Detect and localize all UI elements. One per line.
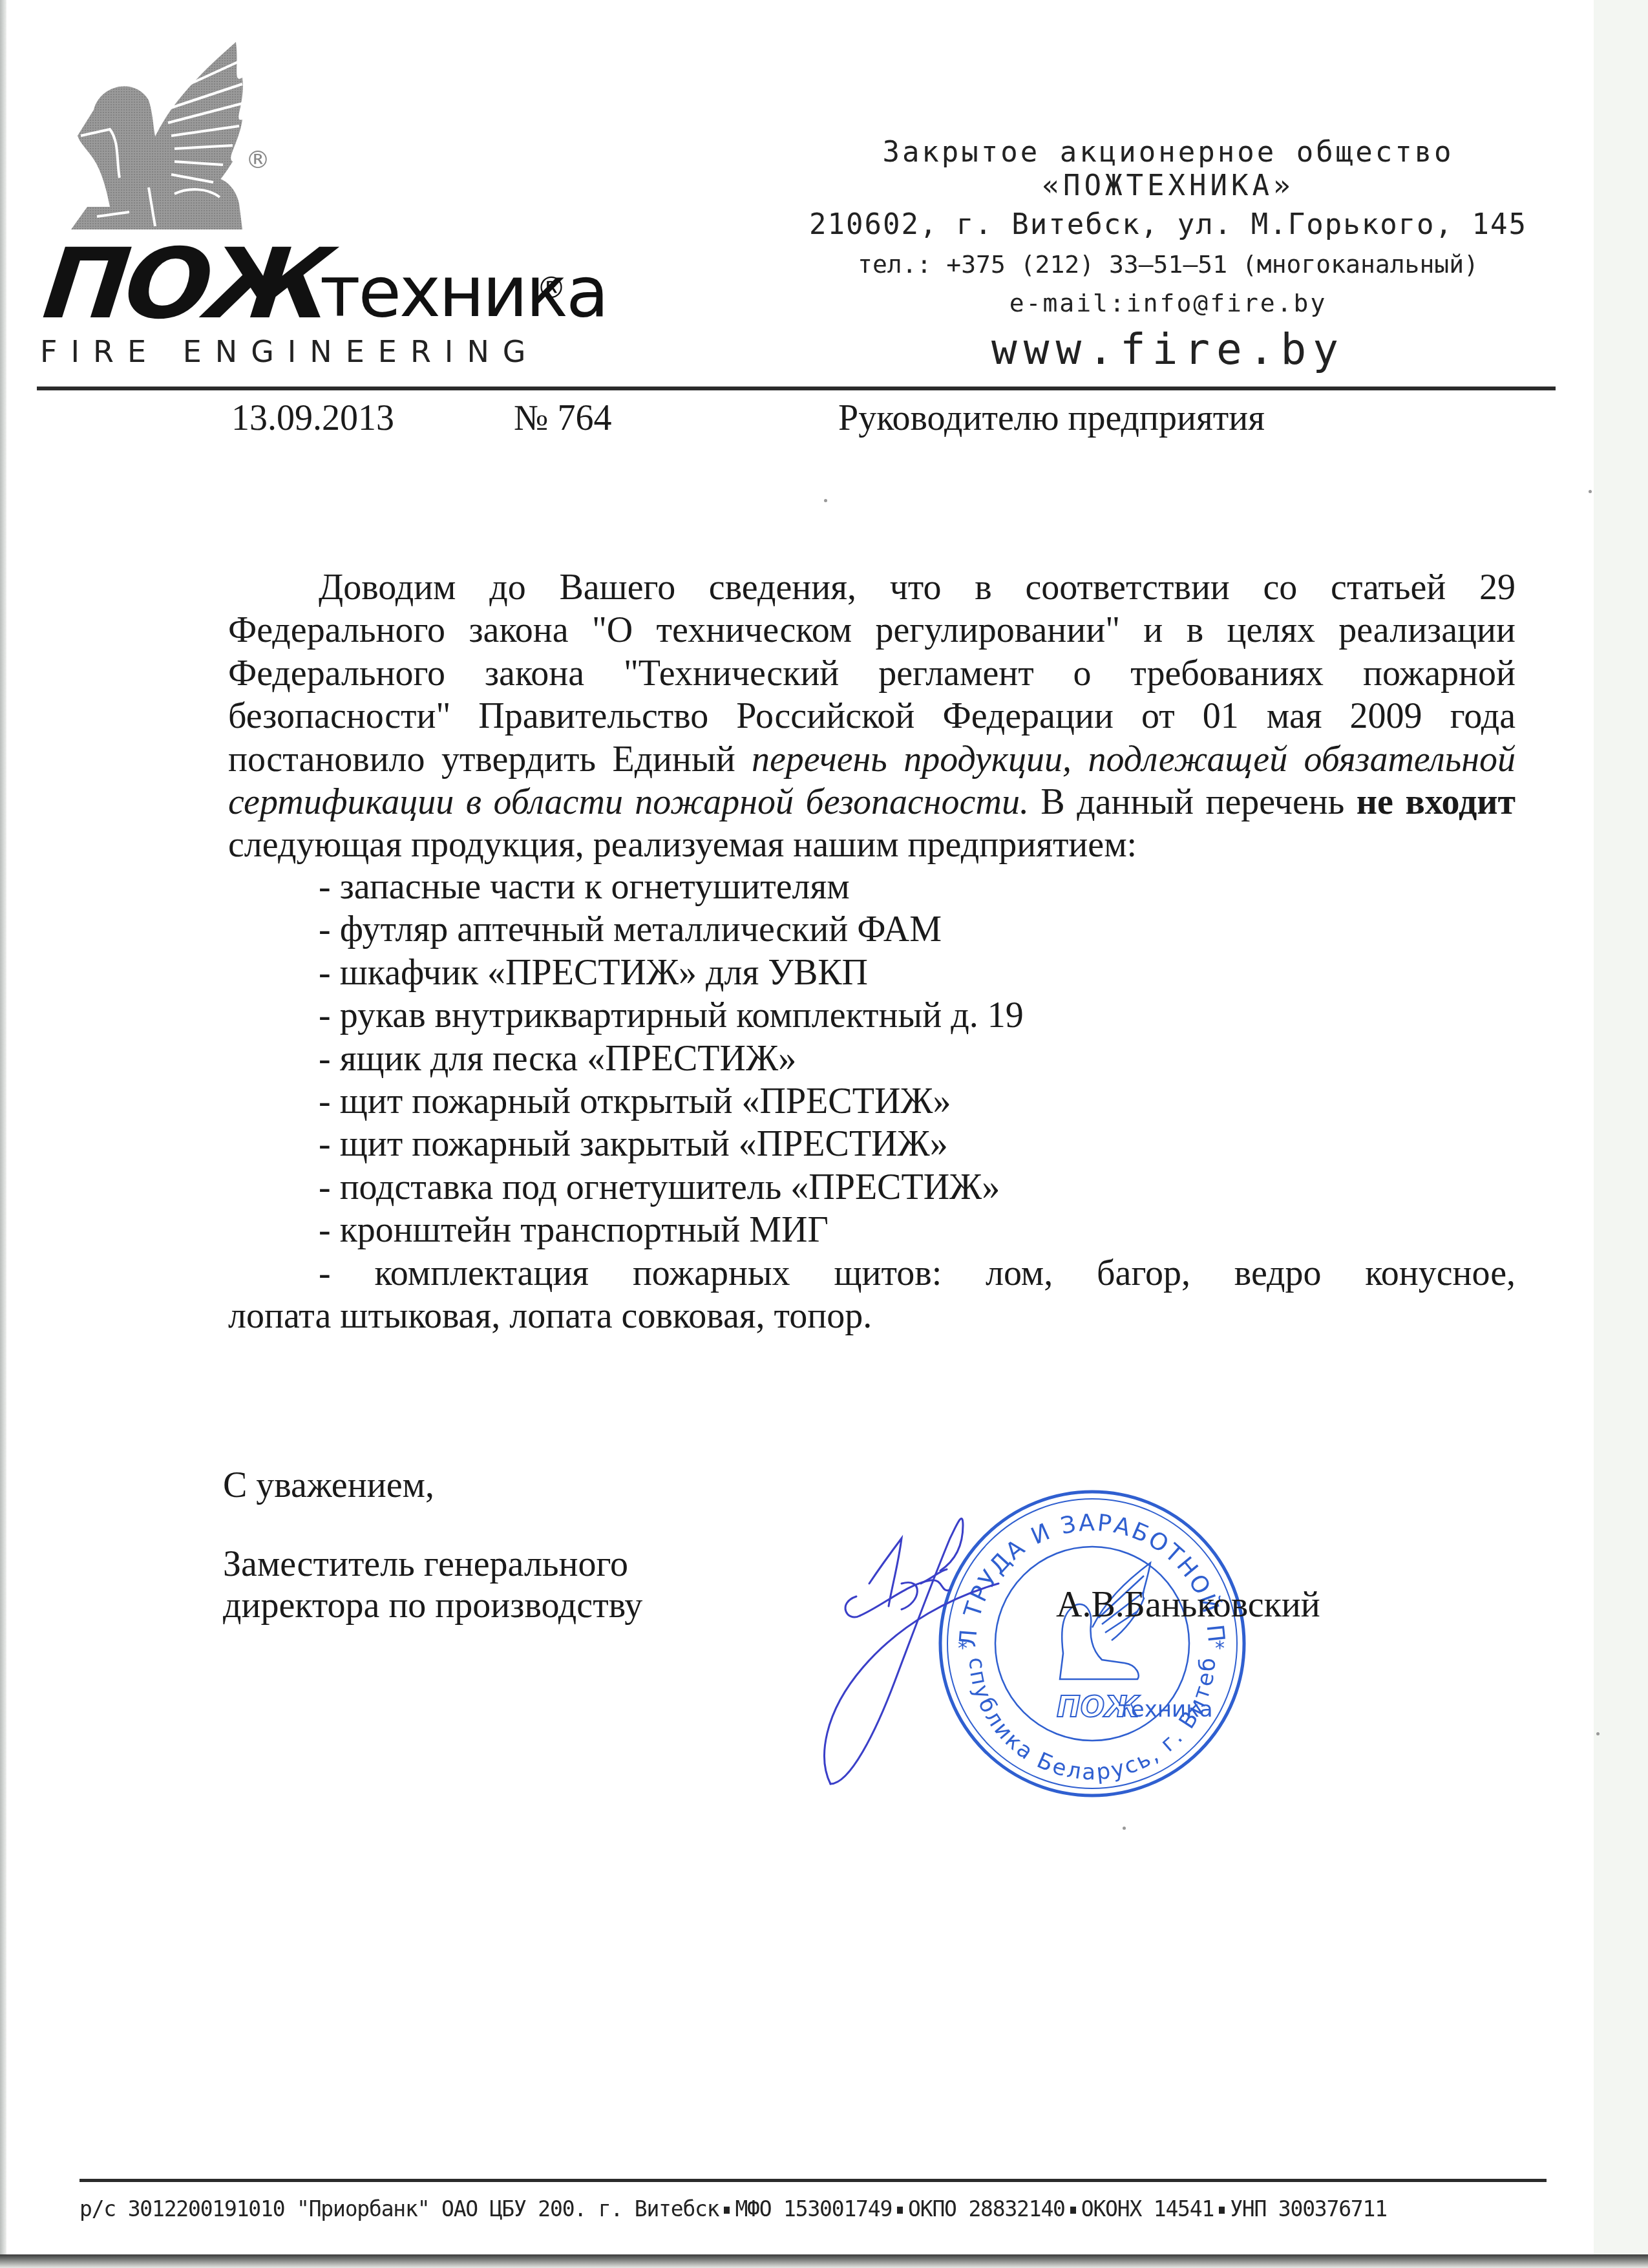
body-bold-text: не входит [1357,782,1516,822]
body-text: следующая продукция, реализуемая нашим п… [228,825,1137,865]
footer-divider [79,2179,1547,2182]
letter-recipient: Руководителю предприятия [838,396,1265,441]
stamp-brand-regular: техника [1118,1697,1213,1722]
registered-mark: ® [246,145,270,174]
bullet-icon [897,2207,903,2214]
closing-regards: С уважением, [223,1464,434,1507]
company-address: 210602, г. Витебск, ул. М.Горького, 145 [776,208,1561,241]
body-text: В данный перечень [1029,782,1357,822]
letter-number: № 764 [514,396,611,441]
bank-details: р/с 3012200191010 "Приорбанк" ОАО ЦБУ 20… [79,2196,1547,2221]
okpo-code: ОКПО 28832140 [908,2196,1065,2221]
company-phone: тел.: +375 (212) 33–51–51 (многоканальны… [776,250,1561,279]
list-item: - ящик для песка «ПРЕСТИЖ» [228,1037,1516,1080]
unp-code: УНП 300376711 [1230,2196,1387,2221]
scan-edge-bottom [0,2254,1648,2268]
product-list: - запасные части к огнетушителям - футля… [228,865,1516,1337]
list-item: - комплектация пожарных щитов: лом, баго… [228,1252,1516,1295]
bullet-icon [1219,2207,1225,2214]
list-item: - щит пожарный закрытый «ПРЕСТИЖ» [228,1123,1516,1165]
registered-mark-brand: ® [536,270,566,305]
signer-position-line1: Заместитель генерального [223,1543,628,1585]
company-website[interactable]: www.fire.by [776,324,1561,374]
company-name: «ПОЖТЕХНИКА» [776,169,1561,202]
scan-speck [1589,490,1592,493]
bank-account: р/с 3012200191010 "Приорбанк" ОАО ЦБУ 20… [79,2196,719,2221]
brand-bold: ПОЖ [40,244,333,325]
list-item: - щит пожарный открытый «ПРЕСТИЖ» [228,1080,1516,1123]
handwritten-signature [811,1500,1037,1790]
bullet-icon [724,2207,730,2214]
letter-date: 13.09.2013 [231,396,394,441]
svg-text:*: * [1215,1637,1225,1660]
list-item: - рукав внутриквартирный комплектный д. … [228,994,1516,1037]
list-item-continuation: лопата штыковая, лопата совковая, топор. [228,1295,1516,1337]
company-email[interactable]: e-mail:info@fire.by [776,289,1561,317]
list-item: - подставка под огнетушитель «ПРЕСТИЖ» [228,1166,1516,1209]
scan-edge-right [1594,0,1648,2254]
list-item: - футляр аптечный металлический ФАМ [228,908,1516,951]
scan-speck [1596,1732,1600,1735]
signer-name: А.В.Баньковский [1056,1584,1320,1626]
brand-logo: ПОЖ техника [40,244,607,325]
scan-speck [824,499,827,502]
list-item: - кронштейн транспортный МИГ [228,1209,1516,1251]
body-paragraph: Доводим до Вашего сведения, что в соотве… [228,566,1516,867]
company-type: Закрытое акционерное общество [776,136,1561,169]
list-item: - запасные части к огнетушителям [228,865,1516,908]
list-item: - шкафчик «ПРЕСТИЖ» для УВКП [228,951,1516,994]
brand-tagline: FIRE ENGINEERING [40,334,539,369]
okonh-code: ОКОНХ 14541 [1081,2196,1214,2221]
scan-speck [1123,1827,1126,1830]
scan-edge-left [0,0,6,2256]
signer-position-line2: директора по производству [223,1584,642,1627]
bullet-icon [1070,2207,1076,2214]
header-divider [37,387,1556,390]
mfo-code: МФО 153001749 [735,2196,892,2221]
